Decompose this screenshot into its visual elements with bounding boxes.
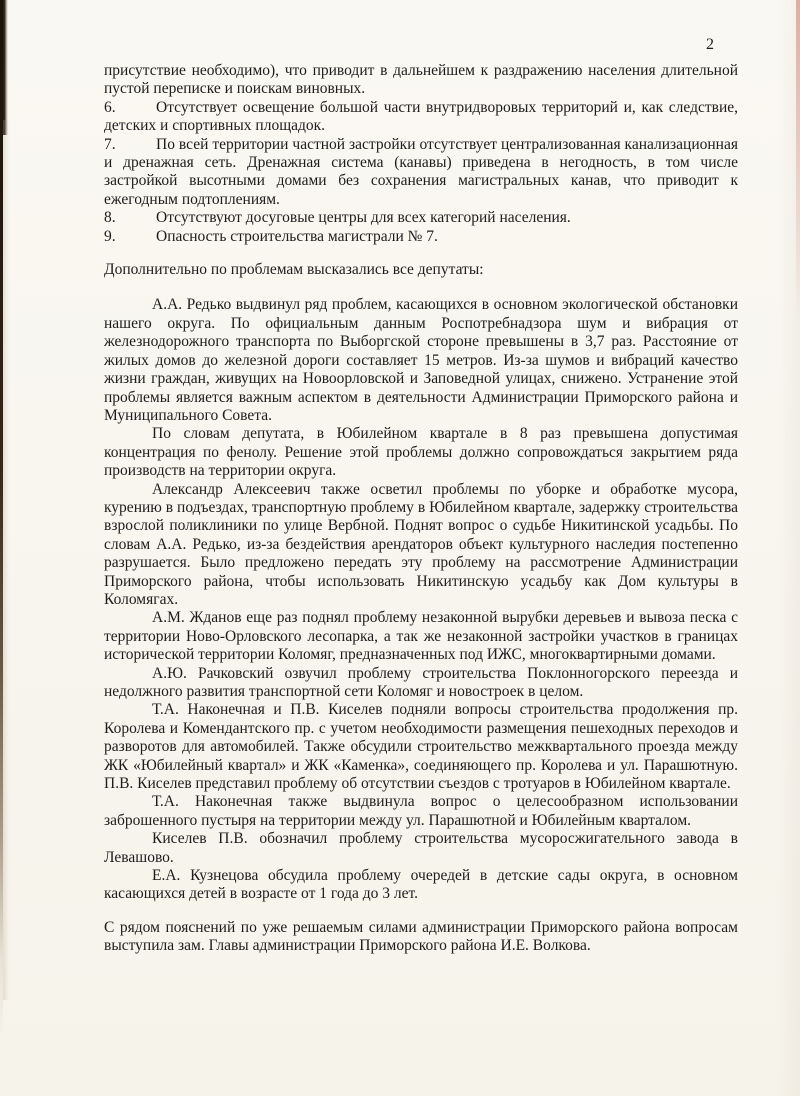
speech-redko-phenol: По словам депутата, в Юбилейном квартале…	[104, 425, 738, 480]
speech-nakonechnaya-kiselev: Т.А. Наконечная и П.В. Киселев подняли в…	[104, 701, 738, 793]
speech-kuznetsova: Е.А. Кузнецова обсудила проблему очереде…	[104, 867, 738, 904]
paragraph-continuation: присутствие необходимо), что приводит в …	[104, 62, 738, 99]
paragraph-lead: Дополнительно по проблемам высказались в…	[104, 261, 738, 279]
scan-right-edge-shade	[778, 0, 800, 1096]
speech-redko-misc: Александр Алексеевич также осветил пробл…	[104, 481, 738, 610]
scanned-document-page: 2 присутствие необходимо), что приводит …	[0, 0, 800, 1096]
numbered-item-9: 9.Опасность строительства магистрали № 7…	[104, 228, 738, 246]
item-text: Отсутствуют досуговые центры для всех ка…	[156, 209, 571, 226]
document-body: присутствие необходимо), что приводит в …	[104, 62, 738, 956]
item-number: 6.	[104, 99, 156, 117]
numbered-item-8: 8.Отсутствуют досуговые центры для всех …	[104, 209, 738, 227]
speech-zhdanov: А.М. Жданов еще раз поднял проблему неза…	[104, 609, 738, 664]
item-text: По всей территории частной застройки отс…	[104, 136, 738, 208]
numbered-item-7: 7.По всей территории частной застройки о…	[104, 136, 738, 210]
speech-kiselev-plant: Киселев П.В. обозначил проблему строител…	[104, 830, 738, 867]
item-number: 8.	[104, 209, 156, 227]
item-text: Опасность строительства магистрали № 7.	[156, 228, 438, 245]
speech-nakonechnaya-wasteland: Т.А. Наконечная также выдвинула вопрос о…	[104, 793, 738, 830]
numbered-item-6: 6.Отсутствует освещение большой части вн…	[104, 99, 738, 136]
page-number: 2	[706, 36, 715, 54]
speech-redko-ecology: А.А. Редько выдвинул ряд проблем, касающ…	[104, 296, 738, 425]
paragraph-closing: С рядом пояснений по уже решаемым силами…	[104, 919, 738, 956]
speech-rachkovsky: А.Ю. Рачковский озвучил проблему строите…	[104, 665, 738, 702]
item-number: 7.	[104, 136, 156, 154]
item-text: Отсутствует освещение большой части внут…	[104, 99, 738, 134]
scan-left-edge-halo	[3, 120, 9, 1000]
item-number: 9.	[104, 228, 156, 246]
